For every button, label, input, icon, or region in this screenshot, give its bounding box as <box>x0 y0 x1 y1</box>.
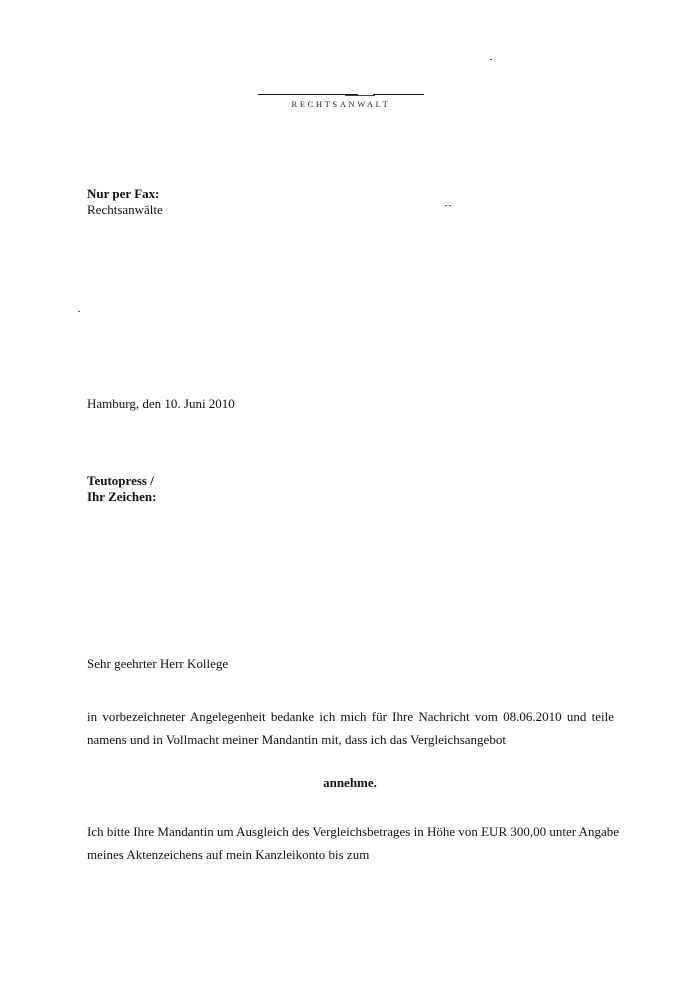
scan-speck <box>78 311 80 312</box>
scan-speck <box>490 59 492 60</box>
letter-page: RECHTSANWALT Nur per Fax: Rechtsanwälte … <box>0 0 700 1000</box>
scan-speck <box>445 205 447 206</box>
acceptance-emphasis: annehme. <box>0 775 700 791</box>
letterhead-rule-right <box>373 94 424 95</box>
date-line: Hamburg, den 10. Juni 2010 <box>87 396 235 412</box>
reference-subject: Teutopress / <box>87 473 154 489</box>
letterhead-title: RECHTSANWALT <box>258 99 424 109</box>
body-paragraph-1: in vorbezeichneter Angelegenheit bedanke… <box>87 705 614 751</box>
letterhead-rule-left <box>258 94 358 95</box>
your-reference-label: Ihr Zeichen: <box>87 489 156 505</box>
body-paragraph-2: Ich bitte Ihre Mandantin um Ausgleich de… <box>87 820 614 866</box>
paragraph-1-line-1: in vorbezeichneter Angelegenheit bedanke… <box>87 705 614 728</box>
delivery-note: Nur per Fax: <box>87 186 159 202</box>
recipient-addressee: Rechtsanwälte <box>87 202 163 218</box>
salutation: Sehr geehrter Herr Kollege <box>87 656 228 672</box>
scan-speck <box>449 205 451 206</box>
paragraph-2-line-2: meines Aktenzeichens auf mein Kanzleikon… <box>87 843 614 866</box>
paragraph-1-line-2: namens und in Vollmacht meiner Mandantin… <box>87 728 614 751</box>
paragraph-2-line-1: Ich bitte Ihre Mandantin um Ausgleich de… <box>87 820 614 843</box>
letterhead-rule-middle <box>345 95 375 96</box>
